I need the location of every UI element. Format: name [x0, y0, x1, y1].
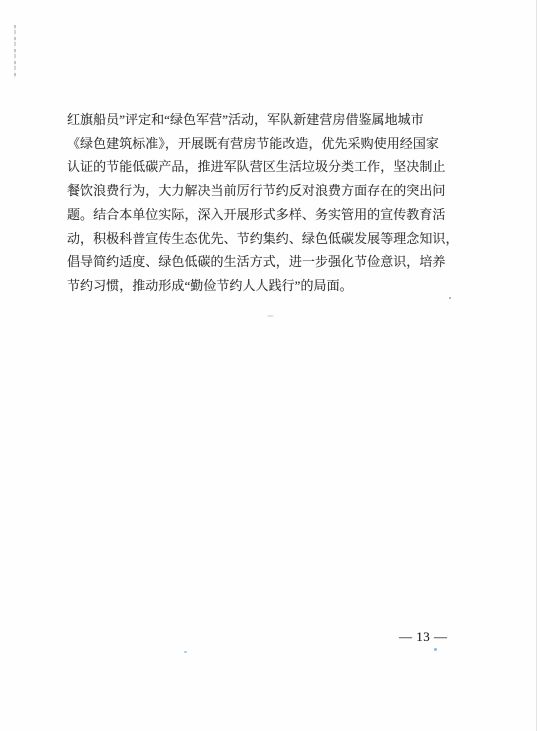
blue-ink-speck — [184, 651, 187, 653]
page-number: — 13 — — [399, 629, 459, 645]
body-line: 题。结合本单位实际，深入开展形式多样、务实管用的宣传教育活 — [67, 203, 467, 227]
body-line: 餐饮浪费行为，大力解决当前厉行节约反对浪费方面存在的突出问 — [67, 179, 467, 203]
body-line: 认证的节能低碳产品，推进军队营区生活垃圾分类工作，坚决制止 — [67, 155, 467, 179]
body-line: 节约习惯，推动形成“勤俭节约人人践行”的局面。 — [67, 274, 467, 298]
blue-ink-speck — [434, 648, 437, 651]
body-text-block: 红旗船员”评定和“绿色军营”活动，军队新建营房借鉴属地城市 《绿色建筑标准》，开… — [67, 108, 467, 298]
body-line: 《绿色建筑标准》，开展既有营房节能改造，优先采购使用经国家 — [67, 132, 467, 156]
body-line: 倡导简约适度、绿色低碳的生活方式，进一步强化节俭意识，培养 — [67, 250, 467, 274]
scan-smudge-artifact — [267, 315, 274, 317]
scanned-document-page: 红旗船员”评定和“绿色军营”活动，军队新建营房借鉴属地城市 《绿色建筑标准》，开… — [0, 0, 540, 731]
scan-scratch-artifact — [14, 25, 16, 78]
paper-right-edge-line — [536, 0, 537, 731]
scan-speck-artifact — [449, 297, 451, 299]
body-line: 红旗船员”评定和“绿色军营”活动，军队新建营房借鉴属地城市 — [67, 108, 467, 132]
body-line: 动，积极科普宣传生态优先、节约集约、绿色低碳发展等理念知识， — [67, 227, 467, 251]
